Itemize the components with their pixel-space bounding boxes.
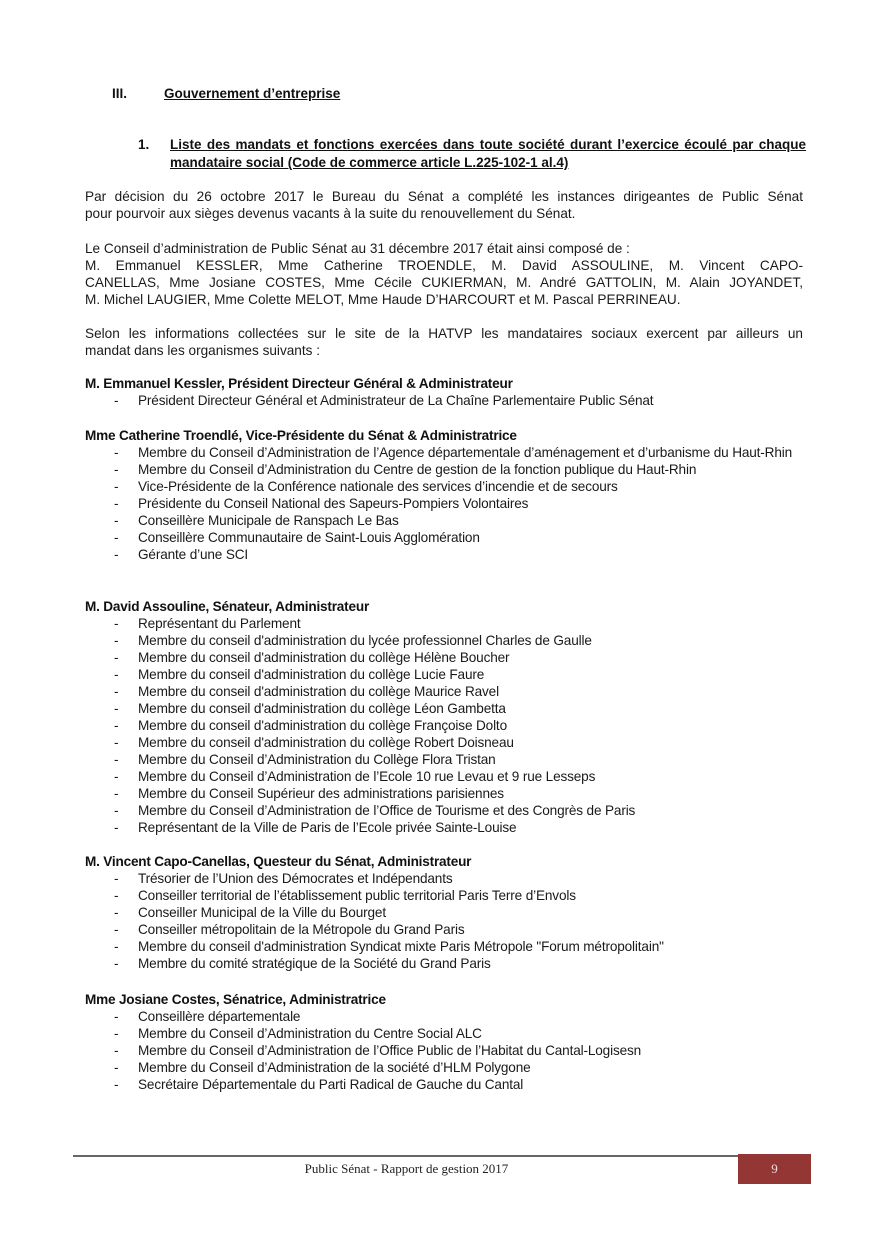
mandate-item: -Représentant du Parlement [85, 615, 810, 632]
mandate-text: Membre du Conseil d’Administration de la… [138, 1060, 531, 1075]
bullet-dash-icon: - [114, 785, 118, 802]
mandate-text: Membre du conseil d'administration du co… [138, 684, 499, 699]
bullet-dash-icon: - [114, 461, 118, 478]
paragraph-line: M. Michel LAUGIER, Mme Colette MELOT, Mm… [85, 291, 803, 308]
bullet-dash-icon: - [114, 870, 118, 887]
mandate-text: Conseillère départementale [138, 1009, 300, 1024]
paragraph-bureau-decision: Par décision du 26 octobre 2017 le Burea… [85, 188, 803, 222]
bullet-dash-icon: - [114, 683, 118, 700]
mandate-list: -Président Directeur Général et Administ… [85, 392, 810, 409]
bullet-dash-icon: - [114, 546, 118, 563]
mandataire-name: M. Emmanuel Kessler, Président Directeur… [85, 375, 810, 392]
mandate-item: -Membre du Conseil d’Administration de l… [85, 444, 810, 461]
mandataire-name: Mme Josiane Costes, Sénatrice, Administr… [85, 991, 810, 1008]
bullet-dash-icon: - [114, 478, 118, 495]
mandate-item: -Membre du Conseil d’Administration du C… [85, 1025, 810, 1042]
mandate-item: -Membre du Conseil d’Administration de l… [85, 1042, 810, 1059]
mandate-text: Membre du Conseil d’Administration du Ce… [138, 462, 696, 477]
subsection-title: Liste des mandats et fonctions exercées … [170, 136, 806, 172]
bullet-dash-icon: - [114, 529, 118, 546]
paragraph-line: Selon les informations collectées sur le… [85, 325, 803, 342]
mandate-item: -Conseiller territorial de l’établisseme… [85, 887, 810, 904]
mandate-item: -Membre du conseil d'administration du c… [85, 683, 810, 700]
mandate-item: -Membre du conseil d'administration du l… [85, 632, 810, 649]
mandate-text: Secrétaire Départementale du Parti Radic… [138, 1077, 523, 1092]
mandate-text: Président Directeur Général et Administr… [138, 393, 653, 408]
footer-divider [73, 1155, 740, 1157]
bullet-dash-icon: - [114, 1025, 118, 1042]
subsection-number: 1. [138, 136, 149, 154]
mandate-text: Membre du conseil d'administration du ly… [138, 633, 592, 648]
bullet-dash-icon: - [114, 512, 118, 529]
mandate-item: -Trésorier de l’Union des Démocrates et … [85, 870, 810, 887]
mandate-item: -Conseillère Municipale de Ranspach Le B… [85, 512, 810, 529]
paragraph-board-composition: Le Conseil d’administration de Public Sé… [85, 240, 803, 308]
mandate-text: Trésorier de l’Union des Démocrates et I… [138, 871, 453, 886]
mandataire-block: Mme Catherine Troendlé, Vice-Présidente … [85, 427, 810, 563]
mandate-list: -Représentant du Parlement-Membre du con… [85, 615, 810, 836]
bullet-dash-icon: - [114, 495, 118, 512]
mandate-item: -Présidente du Conseil National des Sape… [85, 495, 810, 512]
subsection-heading: 1. Liste des mandats et fonctions exercé… [138, 136, 806, 172]
bullet-dash-icon: - [114, 802, 118, 819]
mandate-item: -Membre du comité stratégique de la Soci… [85, 955, 810, 972]
section-number: III. [112, 86, 127, 101]
paragraph-line: M. Emmanuel KESSLER, Mme Catherine TROEN… [85, 257, 803, 274]
mandate-text: Conseillère Communautaire de Saint-Louis… [138, 530, 480, 545]
paragraph-line: CANELLAS, Mme Josiane COSTES, Mme Cécile… [85, 274, 803, 291]
bullet-dash-icon: - [114, 768, 118, 785]
mandate-text: Vice-Présidente de la Conférence nationa… [138, 479, 618, 494]
mandate-item: -Membre du Conseil d’Administration du C… [85, 751, 810, 768]
bullet-dash-icon: - [114, 1059, 118, 1076]
mandate-item: -Membre du Conseil d’Administration de l… [85, 1059, 810, 1076]
bullet-dash-icon: - [114, 938, 118, 955]
bullet-dash-icon: - [114, 1076, 118, 1093]
mandate-text: Membre du conseil d'administration du co… [138, 701, 506, 716]
document-page: III. Gouvernement d’entreprise 1. Liste … [0, 0, 886, 1253]
mandate-text: Conseillère Municipale de Ranspach Le Ba… [138, 513, 399, 528]
mandate-item: -Vice-Présidente de la Conférence nation… [85, 478, 810, 495]
mandate-item: -Conseiller métropolitain de la Métropol… [85, 921, 810, 938]
mandate-item: -Conseillère départementale [85, 1008, 810, 1025]
mandate-item: -Président Directeur Général et Administ… [85, 392, 810, 409]
mandate-item: -Conseiller Municipal de la Ville du Bou… [85, 904, 810, 921]
section-title: Gouvernement d’entreprise [164, 86, 340, 101]
mandate-item: -Membre du conseil d'administration du c… [85, 649, 810, 666]
bullet-dash-icon: - [114, 615, 118, 632]
mandataire-block: Mme Josiane Costes, Sénatrice, Administr… [85, 991, 810, 1093]
bullet-dash-icon: - [114, 444, 118, 461]
paragraph-line: Par décision du 26 octobre 2017 le Burea… [85, 188, 803, 205]
mandate-text: Membre du comité stratégique de la Socié… [138, 956, 491, 971]
mandataire-block: M. David Assouline, Sénateur, Administra… [85, 598, 810, 836]
bullet-dash-icon: - [114, 700, 118, 717]
mandate-item: -Membre du Conseil d’Administration de l… [85, 802, 810, 819]
mandate-text: Membre du Conseil d’Administration du Co… [138, 752, 496, 767]
page-number: 9 [738, 1154, 811, 1184]
mandate-item: -Membre du conseil d'administration Synd… [85, 938, 810, 955]
mandate-list: -Conseillère départementale-Membre du Co… [85, 1008, 810, 1093]
mandate-text: Représentant du Parlement [138, 616, 301, 631]
mandate-item: -Membre du conseil d'administration du c… [85, 700, 810, 717]
mandate-text: Membre du Conseil d’Administration de l’… [138, 445, 792, 460]
paragraph-hatvp: Selon les informations collectées sur le… [85, 325, 803, 359]
mandate-item: -Représentant de la Ville de Paris de l’… [85, 819, 810, 836]
mandate-item: -Membre du Conseil Supérieur des adminis… [85, 785, 810, 802]
bullet-dash-icon: - [114, 1042, 118, 1059]
bullet-dash-icon: - [114, 649, 118, 666]
mandate-item: -Membre du Conseil d’Administration de l… [85, 768, 810, 785]
bullet-dash-icon: - [114, 666, 118, 683]
bullet-dash-icon: - [114, 734, 118, 751]
mandate-text: Membre du Conseil d’Administration de l’… [138, 1043, 641, 1058]
mandate-text: Conseiller métropolitain de la Métropole… [138, 922, 464, 937]
bullet-dash-icon: - [114, 921, 118, 938]
bullet-dash-icon: - [114, 904, 118, 921]
mandate-text: Membre du conseil d'administration du co… [138, 735, 514, 750]
bullet-dash-icon: - [114, 392, 118, 409]
mandataire-name: Mme Catherine Troendlé, Vice-Présidente … [85, 427, 810, 444]
bullet-dash-icon: - [114, 751, 118, 768]
bullet-dash-icon: - [114, 819, 118, 836]
mandate-item: -Membre du Conseil d’Administration du C… [85, 461, 810, 478]
mandate-item: -Conseillère Communautaire de Saint-Loui… [85, 529, 810, 546]
mandate-text: Présidente du Conseil National des Sapeu… [138, 496, 528, 511]
mandate-text: Membre du Conseil d’Administration du Ce… [138, 1026, 482, 1041]
mandate-item: -Secrétaire Départementale du Parti Radi… [85, 1076, 810, 1093]
bullet-dash-icon: - [114, 717, 118, 734]
mandate-text: Membre du conseil d'administration Syndi… [138, 939, 664, 954]
mandate-item: -Membre du conseil d'administration du c… [85, 717, 810, 734]
footer-title: Public Sénat - Rapport de gestion 2017 [73, 1161, 740, 1177]
mandate-text: Membre du conseil d'administration du co… [138, 650, 509, 665]
paragraph-line: Le Conseil d’administration de Public Sé… [85, 240, 803, 257]
mandataire-block: M. Vincent Capo-Canellas, Questeur du Sé… [85, 853, 810, 972]
mandate-text: Gérante d’une SCI [138, 547, 248, 562]
mandataire-name: M. David Assouline, Sénateur, Administra… [85, 598, 810, 615]
bullet-dash-icon: - [114, 1008, 118, 1025]
mandate-text: Conseiller territorial de l’établissemen… [138, 888, 576, 903]
mandataire-name: M. Vincent Capo-Canellas, Questeur du Sé… [85, 853, 810, 870]
mandate-text: Membre du Conseil d’Administration de l’… [138, 803, 635, 818]
mandate-item: -Membre du conseil d'administration du c… [85, 666, 810, 683]
mandate-list: -Trésorier de l’Union des Démocrates et … [85, 870, 810, 972]
bullet-dash-icon: - [114, 955, 118, 972]
mandate-text: Représentant de la Ville de Paris de l’E… [138, 820, 516, 835]
mandate-text: Conseiller Municipal de la Ville du Bour… [138, 905, 386, 920]
mandate-text: Membre du conseil d'administration du co… [138, 718, 507, 733]
mandate-item: -Gérante d’une SCI [85, 546, 810, 563]
mandataire-block: M. Emmanuel Kessler, Président Directeur… [85, 375, 810, 409]
paragraph-line: mandat dans les organismes suivants : [85, 342, 803, 359]
mandate-list: -Membre du Conseil d’Administration de l… [85, 444, 810, 563]
bullet-dash-icon: - [114, 887, 118, 904]
bullet-dash-icon: - [114, 632, 118, 649]
mandate-text: Membre du Conseil d’Administration de l’… [138, 769, 595, 784]
mandate-text: Membre du conseil d'administration du co… [138, 667, 484, 682]
mandate-item: -Membre du conseil d'administration du c… [85, 734, 810, 751]
mandate-text: Membre du Conseil Supérieur des administ… [138, 786, 504, 801]
paragraph-line: pour pourvoir aux sièges devenus vacants… [85, 205, 803, 222]
